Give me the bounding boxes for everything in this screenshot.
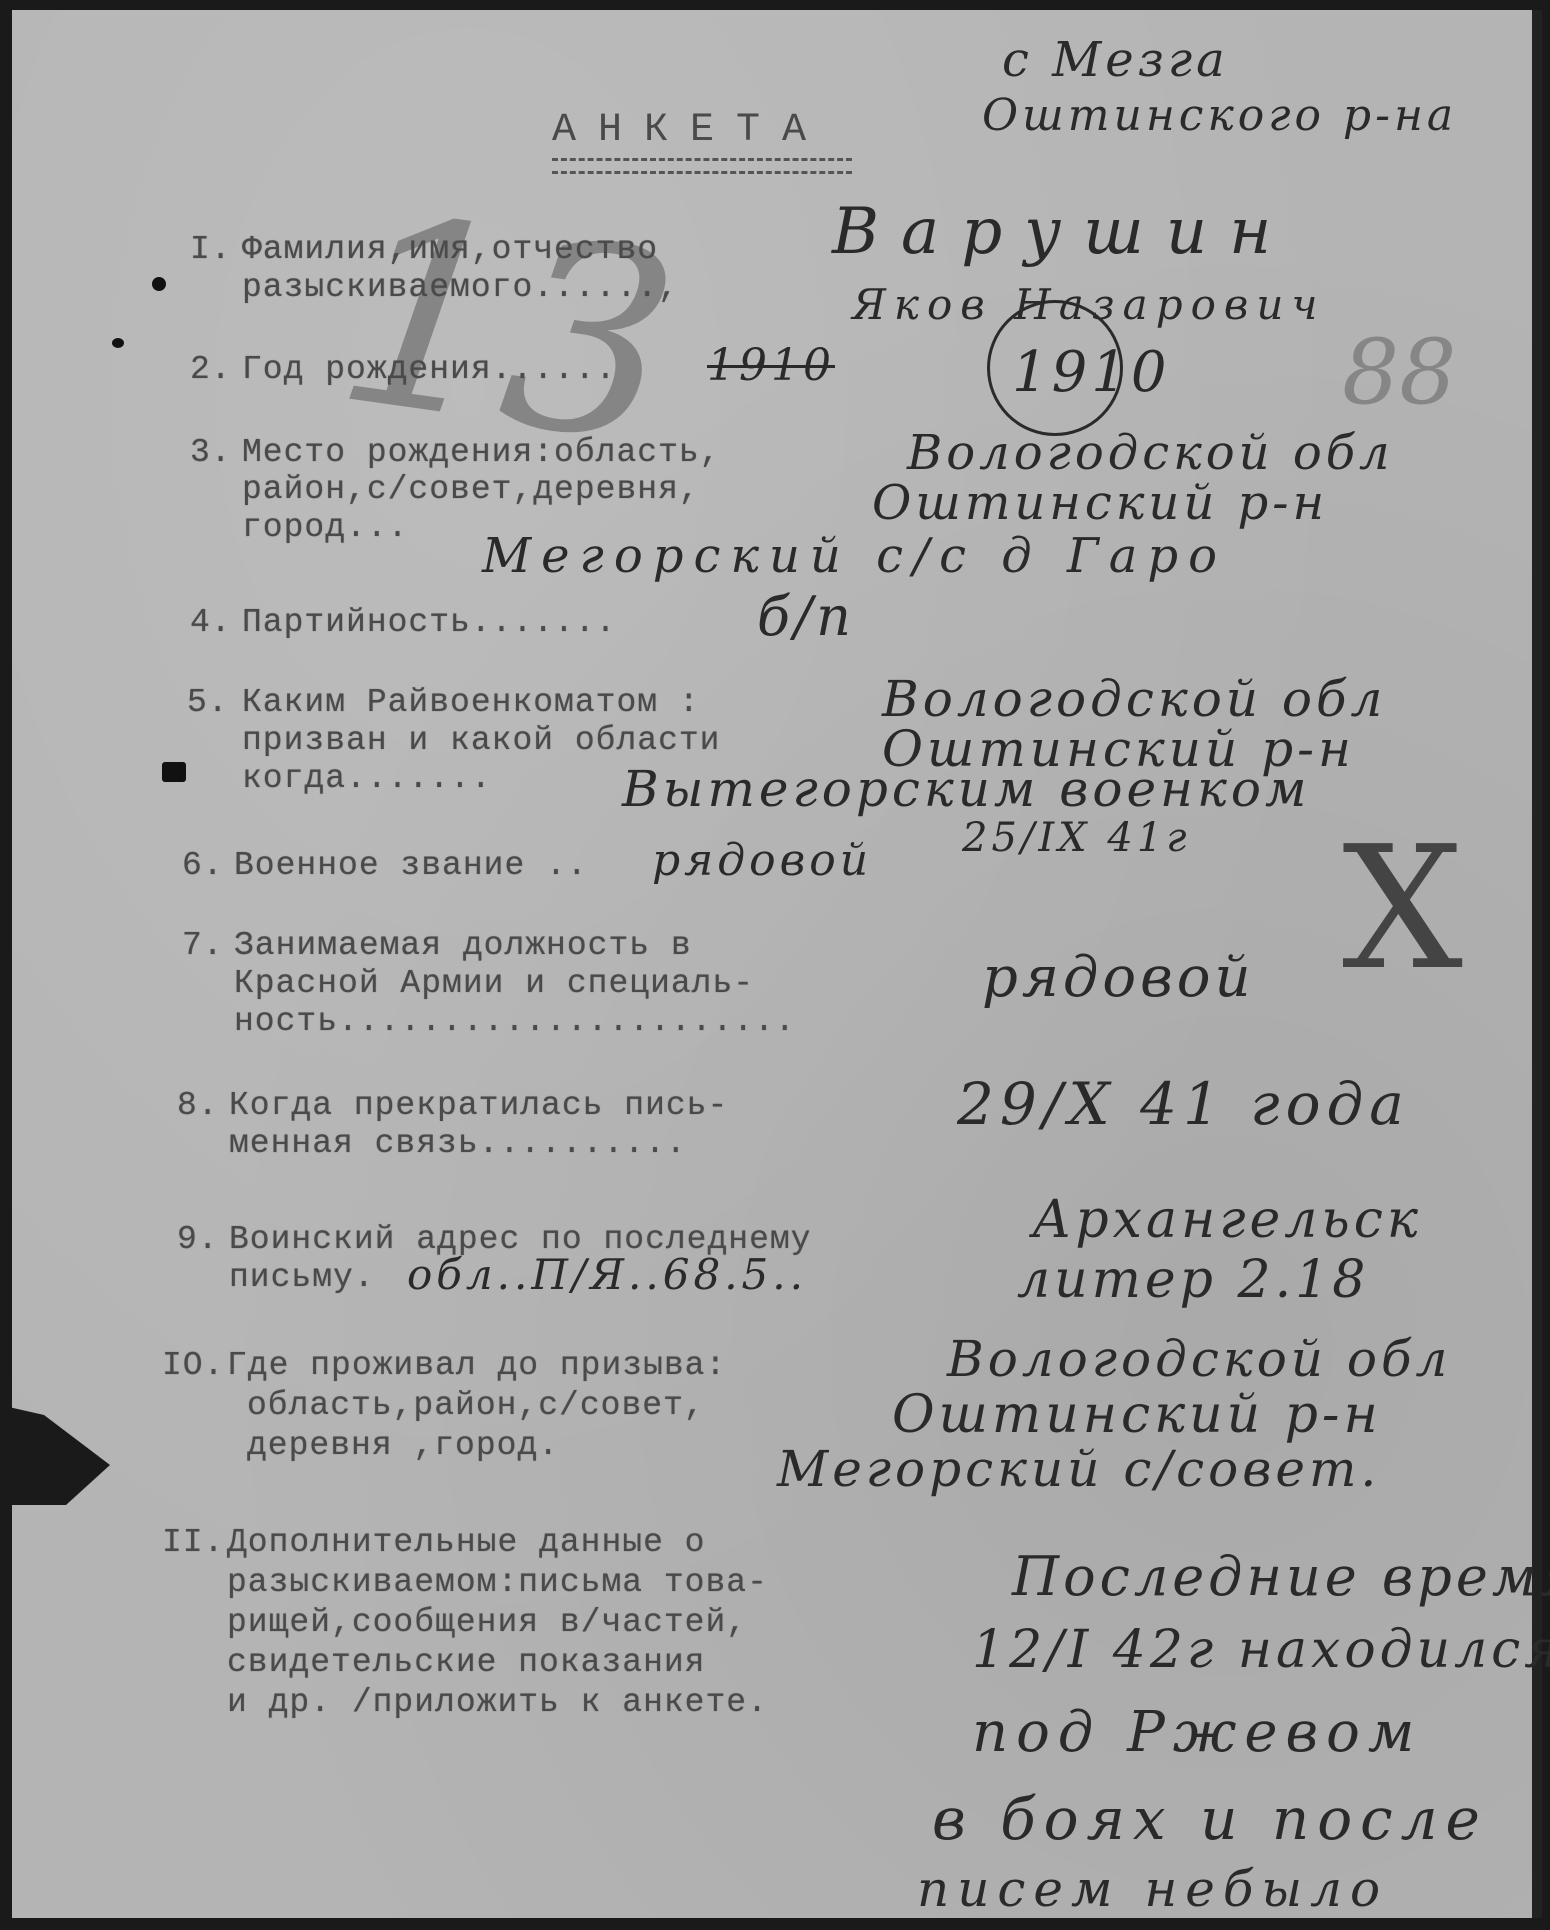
field-label: рищей,сообщения в/частей,	[227, 1605, 747, 1641]
field-label: Военное звание ..	[234, 848, 588, 884]
field-label: Год рождения......	[242, 352, 616, 388]
field-label: Фамилия,имя,отчество	[242, 232, 658, 268]
field-label: Красной Армии и специаль-	[234, 966, 754, 1002]
punch-hole	[112, 338, 124, 348]
field-label: Где проживал до призыва:	[227, 1348, 726, 1384]
field-number: 2.	[190, 352, 232, 388]
field-answer: рядовой	[982, 945, 1255, 1010]
top-note-line2: Оштинского р-на	[982, 90, 1457, 141]
struck-value: 1910	[707, 340, 835, 391]
field-label: Партийность.......	[242, 605, 616, 641]
answer-circle	[987, 300, 1123, 436]
field-number: I.	[190, 232, 232, 268]
field-label: деревня ,город.	[247, 1428, 559, 1464]
punch-hole	[162, 762, 186, 782]
field-number: II.	[162, 1525, 224, 1561]
field-label: свидетельские показания	[227, 1645, 705, 1681]
field-label: Дополнительные данные о	[227, 1525, 705, 1561]
field-number: 3.	[190, 435, 232, 471]
field-number: 4.	[190, 605, 232, 641]
field-answer: под Ржевом	[972, 1700, 1422, 1765]
field-number: IO.	[162, 1348, 224, 1384]
field-answer: рядовой	[652, 835, 872, 886]
field-label: когда.......	[242, 761, 492, 797]
field-answer: Мегорский с/совет.	[777, 1440, 1380, 1498]
document-title: АНКЕТА	[552, 108, 828, 153]
field-answer: 25/IX 41г	[962, 815, 1190, 861]
field-answer: Архангельск	[1032, 1190, 1422, 1250]
field-label: Место рождения:область,	[242, 435, 720, 471]
field-answer: в боях и после	[932, 1785, 1488, 1853]
field-answer: Оштинский р-н	[872, 475, 1328, 531]
field-number: 9.	[177, 1222, 219, 1258]
punch-hole	[152, 277, 166, 291]
pencil-cross: X	[1342, 810, 1463, 1008]
field-answer: Последние время	[1012, 1545, 1550, 1608]
field-answer: 12/I 42г находился	[972, 1620, 1550, 1680]
inline-answer: обл..П/Я..68.5..	[407, 1250, 807, 1299]
document-page: с Мезга Оштинского р-на АНКЕТА 13 88 X I…	[12, 10, 1542, 1918]
title-underline	[552, 158, 852, 174]
field-label: и др. /приложить к анкете.	[227, 1685, 768, 1721]
field-answer: Вологодской обл	[947, 1330, 1451, 1388]
field-label: ность......................	[234, 1004, 796, 1040]
field-number: 7.	[182, 928, 224, 964]
field-label: письму.	[229, 1260, 375, 1296]
field-answer: Вытегорским военком	[622, 760, 1310, 818]
field-answer: Варушин	[832, 195, 1293, 269]
pencil-corner-number: 88	[1342, 320, 1457, 425]
field-answer: Мегорский с/с д Гаро	[482, 528, 1227, 584]
field-number: 5.	[187, 685, 229, 721]
field-answer: 29/X 41 года	[957, 1070, 1410, 1138]
top-note-line1: с Мезга	[1002, 32, 1229, 88]
torn-edge	[0, 1405, 110, 1505]
field-label: разыскиваемом:письма това-	[227, 1565, 768, 1601]
field-label: Когда прекратилась пись-	[229, 1088, 728, 1124]
field-number: 8.	[177, 1088, 219, 1124]
field-answer: писем небыло	[917, 1860, 1388, 1918]
field-number: 6.	[182, 848, 224, 884]
field-answer: б/п	[757, 585, 855, 648]
field-label: город...	[242, 510, 408, 546]
field-answer: Вологодской обл	[907, 425, 1394, 481]
field-label: менная связь..........	[229, 1126, 687, 1162]
field-label: разыскиваемого......,	[242, 270, 679, 306]
field-label: область,район,с/совет,	[247, 1388, 705, 1424]
field-label: район,с/совет,деревня,	[242, 472, 700, 508]
field-label: призван и какой области	[242, 723, 720, 759]
field-answer: Оштинский р-н	[892, 1385, 1382, 1445]
field-answer: литер 2.18	[1017, 1250, 1369, 1310]
field-label: Занимаемая должность в	[234, 928, 692, 964]
field-label: Каким Райвоенкоматом :	[242, 685, 700, 721]
